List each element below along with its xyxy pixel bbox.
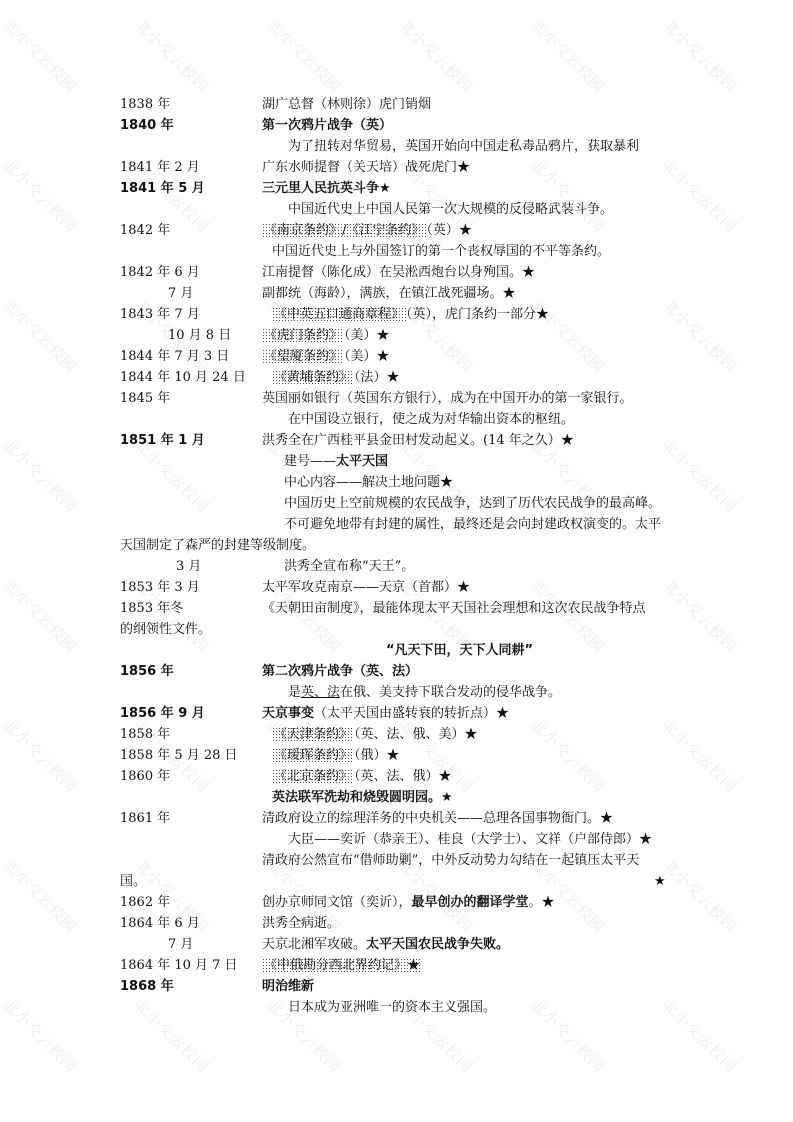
row-content-suffix: （美）★ <box>344 328 390 343</box>
timeline-row: 1864 年 6 月 洪秀全病逝。 <box>0 913 793 934</box>
row-content: 《天朝田亩制度》，最能体现太平天国社会理想和这次农民战争特点 <box>262 598 646 619</box>
row-content: 太平军攻克南京——天京（首都）★ <box>262 577 470 598</box>
timeline-row: “凡天下田，天下人同耕” <box>0 640 793 661</box>
row-date: 1861 年 <box>120 808 170 829</box>
row-date: 1851 年 1 月 <box>120 430 205 451</box>
row-date: 1858 年 5 月 28 日 <box>120 745 238 766</box>
row-date: 1844 年 7 月 3 日 <box>120 346 229 367</box>
timeline-row: 是英、法在俄、美支持下联合发动的侵华战争。 <box>0 682 793 703</box>
treaty-name: 《黄埔条约》 <box>272 370 354 385</box>
timeline-row: 1860 年 《北京条约》（英、法、俄）★ <box>0 766 793 787</box>
row-date: 1842 年 6 月 <box>120 262 200 283</box>
timeline-row: 大臣——奕䜣（恭亲王）、桂良（大学士）、文祥（户部侍郎）★ <box>0 829 793 850</box>
treaty-name: 《望厦条约》 <box>262 349 344 364</box>
row-content-suffix: 。★ <box>529 895 555 910</box>
timeline-row: 1861 年 清政府设立的综理洋务的中央机关——总理各国事物衙门。★ <box>0 808 793 829</box>
row-date: 1864 年 6 月 <box>120 913 200 934</box>
timeline-row: 英法联军洗劫和烧毁圆明园。★ <box>0 787 793 808</box>
row-content: 《虎门条约》（美）★ <box>262 325 390 346</box>
treaty-name: 《瑷珲条约》 <box>272 748 354 763</box>
timeline-row: 中国近代史上与外国签订的第一个丧权辱国的不平等条约。 <box>0 241 793 262</box>
row-note: 大臣——奕䜣（恭亲王）、桂良（大学士）、文祥（户部侍郎）★ <box>288 829 652 850</box>
timeline-row: 建号——太平天国 <box>0 451 793 472</box>
star-icon: ★ <box>654 871 666 892</box>
slogan-quote: “凡天下田，天下人同耕” <box>386 640 533 661</box>
timeline-row: 1844 年 10 月 24 日 《黄埔条约》（法）★ <box>0 367 793 388</box>
row-content: 湖广总督（林则徐）虎门销烟 <box>262 94 431 115</box>
row-content-text: 创办京师同文馆（奕䜣）， <box>262 895 412 910</box>
row-content: 《黄埔条约》（法）★ <box>272 367 400 388</box>
row-note: 清政府公然宣布“借师助剿”，中外反动势力勾结在一起镇压太平天 <box>262 850 639 871</box>
row-date: 1856 年 <box>120 661 174 682</box>
treaty-name: 《天津条约》 <box>272 727 354 742</box>
timeline-row: 中国历史上空前规模的农民战争，达到了历代农民战争的最高峰。 <box>0 493 793 514</box>
row-content: 洪秀全宣布称“天王”。 <box>284 556 414 577</box>
timeline-row: 天国制定了森严的封建等级制度。 <box>0 535 793 556</box>
timeline-row: 7 月 副都统（海龄），满族，在镇江战死疆场。★ <box>0 283 793 304</box>
row-note: 为了扭转对华贸易，英国开始向中国走私毒品鸦片，获取暴利 <box>288 136 639 157</box>
row-content: 副都统（海龄），满族，在镇江战死疆场。★ <box>262 283 516 304</box>
row-note: 日本成为亚洲唯一的资本主义强国。 <box>288 997 496 1018</box>
row-content: 《瑷珲条约》（俄）★ <box>272 745 400 766</box>
row-note: 中国近代史上中国人民第一次大规模的反侵略武装斗争。 <box>288 199 613 220</box>
watermark: 北小交云校园 <box>395 14 478 97</box>
timeline-row: 1845 年 英国丽如银行（英国东方银行），成为在中国开办的第一家银行。 <box>0 388 793 409</box>
row-date: 7 月 <box>168 283 193 304</box>
row-content: 英国丽如银行（英国东方银行），成为在中国开办的第一家银行。 <box>262 388 633 409</box>
row-content-suffix: （英、法、俄、美）★ <box>354 727 478 742</box>
kingdom-name: 太平天国 <box>336 454 388 469</box>
row-note-prefix: 是 <box>288 685 301 700</box>
row-content: 广东水师提督（关天培）战死虎门★ <box>262 157 470 178</box>
row-content-suffix: （太平天国由盛转衰的转折点）★ <box>314 706 509 721</box>
timeline-row: 1858 年 5 月 28 日 《瑷珲条约》（俄）★ <box>0 745 793 766</box>
row-content-suffix: （英），虎门条约一部分★ <box>406 307 549 322</box>
row-date: 1838 年 <box>120 94 170 115</box>
row-note: 建号——太平天国 <box>284 451 388 472</box>
timeline-row: 1844 年 7 月 3 日 《望厦条约》（美）★ <box>0 346 793 367</box>
row-content: 洪秀全病逝。 <box>262 913 340 934</box>
timeline-row: 1842 年 《南京条约》/《江宁条约》（英）★ <box>0 220 793 241</box>
highlight-text: 最早创办的翻译学堂 <box>412 895 529 910</box>
row-content: 清政府设立的综理洋务的中央机关——总理各国事物衙门。★ <box>262 808 613 829</box>
row-content: 《南京条约》/《江宁条约》（英）★ <box>262 220 472 241</box>
row-content: 天京事变（太平天国由盛转衰的转折点）★ <box>262 703 509 724</box>
row-date: 1853 年冬 <box>120 598 183 619</box>
row-note-prefix: 建号—— <box>284 454 336 469</box>
row-content: 创办京师同文馆（奕䜣），最早创办的翻译学堂。★ <box>262 892 555 913</box>
row-note-continued: 的纲领性文件。 <box>120 619 211 640</box>
watermark: 北小交云校园 <box>131 14 214 97</box>
timeline-row: 7 月 天京北湘军攻破。太平天国农民战争失败。 <box>0 934 793 955</box>
treaty-name: 《北京条约》 <box>272 769 354 784</box>
row-date: 1841 年 2 月 <box>120 157 200 178</box>
row-content-text: 天京北湘军攻破。 <box>262 937 366 952</box>
timeline-row: 1868 年 明治维新 <box>0 976 793 997</box>
row-note-continued: 天国制定了森严的封建等级制度。 <box>120 535 315 556</box>
row-content: 天京北湘军攻破。太平天国农民战争失败。 <box>262 934 509 955</box>
timeline-row: 1853 年 3 月 太平军攻克南京——天京（首都）★ <box>0 577 793 598</box>
row-date: 1840 年 <box>120 115 174 136</box>
row-note-suffix: 在俄、美支持下联合发动的侵华战争。 <box>340 685 561 700</box>
row-date: 1864 年 10 月 7 日 <box>120 955 238 976</box>
watermark: 北小交云校园 <box>263 14 346 97</box>
row-note: 中国近代史上与外国签订的第一个丧权辱国的不平等条约。 <box>272 241 610 262</box>
row-content: 江南提督（陈化成）在吴淞西炮台以身殉国。★ <box>262 262 535 283</box>
timeline-row: 在中国设立银行，使之成为对华输出资本的枢纽。 <box>0 409 793 430</box>
timeline-row: 中国近代史上中国人民第一次大规模的反侵略武装斗争。 <box>0 199 793 220</box>
watermark: 北小交云校园 <box>659 14 742 97</box>
row-content-suffix: （英）★ <box>426 223 472 238</box>
timeline-row: 3 月 洪秀全宣布称“天王”。 <box>0 556 793 577</box>
timeline-row: 1862 年 创办京师同文馆（奕䜣），最早创办的翻译学堂。★ <box>0 892 793 913</box>
highlight-text: 太平天国农民战争失败。 <box>366 937 509 952</box>
row-date: 1868 年 <box>120 976 174 997</box>
row-content: 《望厦条约》（美）★ <box>262 346 390 367</box>
row-date: 1844 年 10 月 24 日 <box>120 367 246 388</box>
row-content-suffix: （法）★ <box>354 370 400 385</box>
row-content: 第一次鸦片战争（英） <box>262 115 392 136</box>
row-date: 1858 年 <box>120 724 170 745</box>
row-note: 在中国设立银行，使之成为对华输出资本的枢纽。 <box>288 409 574 430</box>
timeline-row: 1864 年 10 月 7 日 《中俄勘分西北界约记》★ <box>0 955 793 976</box>
row-date: 3 月 <box>176 556 201 577</box>
row-date: 1862 年 <box>120 892 170 913</box>
row-note: 是英、法在俄、美支持下联合发动的侵华战争。 <box>288 682 561 703</box>
treaty-name: 《中俄勘分西北界约记》★ <box>262 958 422 973</box>
timeline-row: 日本成为亚洲唯一的资本主义强国。 <box>0 997 793 1018</box>
timeline-row: 1842 年 6 月 江南提督（陈化成）在吴淞西炮台以身殉国。★ <box>0 262 793 283</box>
timeline-row: 不可避免地带有封建的属性，最终还是会向封建政权演变的。太平 <box>0 514 793 535</box>
timeline-row: 1858 年 《天津条约》（英、法、俄、美）★ <box>0 724 793 745</box>
row-content: 《中英五口通商章程》（英），虎门条约一部分★ <box>272 304 549 325</box>
timeline-row: 的纲领性文件。 <box>0 619 793 640</box>
row-note: 不可避免地带有封建的属性，最终还是会向封建政权演变的。太平 <box>284 514 661 535</box>
timeline-row: 1838 年 湖广总督（林则徐）虎门销烟 <box>0 94 793 115</box>
timeline-row: 1856 年 第二次鸦片战争（英、法） <box>0 661 793 682</box>
timeline-row: 1856 年 9 月 天京事变（太平天国由盛转衰的转折点）★ <box>0 703 793 724</box>
row-date: 1842 年 <box>120 220 170 241</box>
row-content: 三元里人民抗英斗争★ <box>262 178 391 199</box>
row-content: 第二次鸦片战争（英、法） <box>262 661 418 682</box>
watermark: 北小交云校园 <box>527 14 610 97</box>
timeline-row: 中心内容——解决土地问题★ <box>0 472 793 493</box>
timeline-row: 1843 年 7 月 《中英五口通商章程》（英），虎门条约一部分★ <box>0 304 793 325</box>
row-date: 1841 年 5 月 <box>120 178 205 199</box>
event-name: 天京事变 <box>262 706 314 721</box>
treaty-name: 《中英五口通商章程》 <box>272 307 406 322</box>
timeline-row: 1853 年冬 《天朝田亩制度》，最能体现太平天国社会理想和这次农民战争特点 <box>0 598 793 619</box>
timeline-row: 国。 ★ <box>0 871 793 892</box>
timeline-row: 清政府公然宣布“借师助剿”，中外反动势力勾结在一起镇压太平天 <box>0 850 793 871</box>
timeline-row: 1841 年 2 月 广东水师提督（关天培）战死虎门★ <box>0 157 793 178</box>
row-content: 明治维新 <box>262 976 314 997</box>
underlined-countries: 英、法 <box>301 685 340 700</box>
timeline-row: 10 月 8 日 《虎门条约》（美）★ <box>0 325 793 346</box>
timeline-row: 为了扭转对华贸易，英国开始向中国走私毒品鸦片，获取暴利 <box>0 136 793 157</box>
row-date: 1860 年 <box>120 766 170 787</box>
watermark: 北小交云校园 <box>0 14 82 97</box>
row-content-suffix: （美）★ <box>344 349 390 364</box>
row-content-suffix: （英、法、俄）★ <box>354 769 452 784</box>
treaty-name: 《虎门条约》 <box>262 328 344 343</box>
row-date: 1856 年 9 月 <box>120 703 205 724</box>
timeline-row: 1840 年 第一次鸦片战争（英） <box>0 115 793 136</box>
row-note: 中国历史上空前规模的农民战争，达到了历代农民战争的最高峰。 <box>284 493 661 514</box>
row-note: 中心内容——解决土地问题★ <box>284 472 453 493</box>
treaty-name: 《南京条约》/《江宁条约》 <box>262 223 426 238</box>
row-date: 1843 年 7 月 <box>120 304 200 325</box>
row-content-suffix: （俄）★ <box>354 748 400 763</box>
timeline-row: 1841 年 5 月 三元里人民抗英斗争★ <box>0 178 793 199</box>
timeline-row: 1851 年 1 月 洪秀全在广西桂平县金田村发动起义。(14 年之久）★ <box>0 430 793 451</box>
row-content: 洪秀全在广西桂平县金田村发动起义。(14 年之久）★ <box>262 430 574 451</box>
row-content: 《北京条约》（英、法、俄）★ <box>272 766 452 787</box>
row-date: 10 月 8 日 <box>168 325 231 346</box>
row-date: 1845 年 <box>120 388 170 409</box>
row-content: 《中俄勘分西北界约记》★ <box>262 955 422 976</box>
row-date: 7 月 <box>168 934 193 955</box>
row-content: 《天津条约》（英、法、俄、美）★ <box>272 724 478 745</box>
row-date: 1853 年 3 月 <box>120 577 200 598</box>
row-note: 英法联军洗劫和烧毁圆明园。★ <box>272 787 453 808</box>
row-note-continued: 国。 <box>120 871 146 892</box>
